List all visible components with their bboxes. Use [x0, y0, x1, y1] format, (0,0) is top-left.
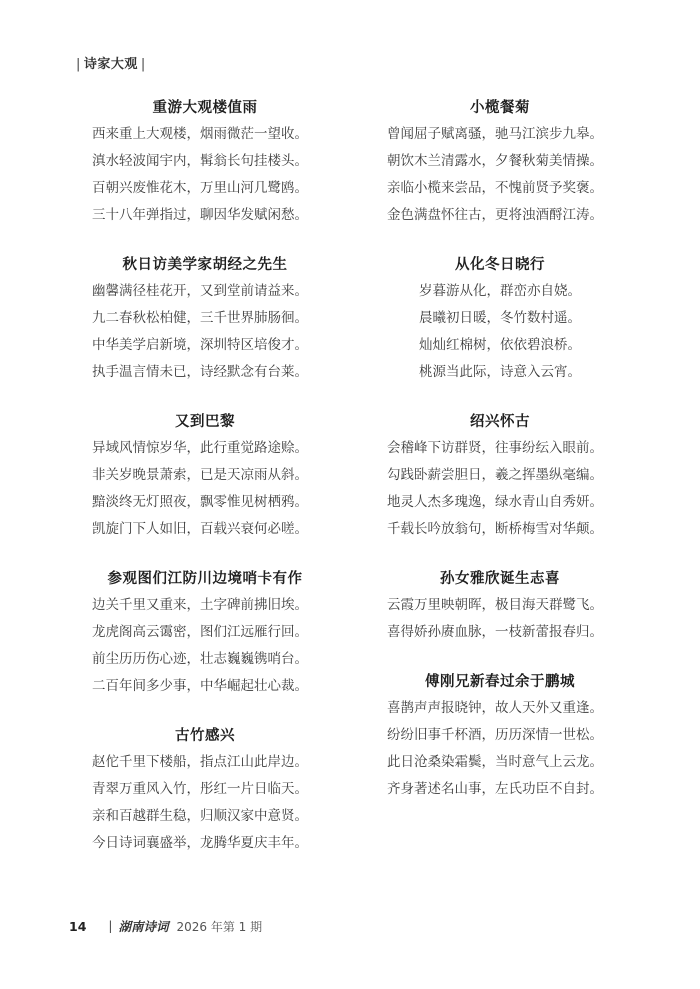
poem-title: 小榄餐菊: [365, 94, 635, 121]
poem-line: 滇水轻波闻宇内，髯翁长句挂楼头。: [70, 148, 340, 175]
poem-title: 傅刚兄新春过余于鹏城: [365, 668, 635, 695]
poem-title: 秋日访美学家胡经之先生: [70, 251, 340, 278]
poem-line: 执手温言情未已，诗经默念有台莱。: [70, 359, 340, 386]
poem: 古竹感兴 赵佗千里下楼船，指点江山此岸边。 青翠万重风入竹，彤红一片日临天。 亲…: [70, 722, 340, 857]
poem: 又到巴黎 异域风情惊岁华，此行重觉路途赊。 非关岁晚景萧索，已是天凉雨从斜。 黯…: [70, 408, 340, 543]
poem-title: 绍兴怀古: [365, 408, 635, 435]
poem-title: 古竹感兴: [70, 722, 340, 749]
poem: 绍兴怀古 会稽峰下访群贤，往事纷纭入眼前。 勾践卧薪尝胆日，羲之挥墨纵毫编。 地…: [365, 408, 635, 543]
poem-line: 龙虎阁高云霭密，图们江远雁行回。: [70, 619, 340, 646]
poem-line: 纷纷旧事千杯酒，历历深情一世松。: [365, 722, 635, 749]
poem: 孙女雅欣诞生志喜 云霞万里映朝晖，极目海天群鹭飞。 喜得娇孙赓血脉，一枝新蕾报春…: [365, 565, 635, 646]
poem-line: 会稽峰下访群贤，往事纷纭入眼前。: [365, 435, 635, 462]
poem-line: 桃源当此际，诗意入云宵。: [365, 359, 635, 386]
poem-line: 晨曦初日暖，冬竹数村遥。: [365, 305, 635, 332]
poem-line: 三十八年弹指过，聊因华发赋闲愁。: [70, 202, 340, 229]
poem-title: 重游大观楼值雨: [70, 94, 340, 121]
journal-name: 湖南诗词: [118, 917, 168, 935]
issue-label: 2026 年第 1 期: [176, 918, 262, 935]
poem: 从化冬日晓行 岁暮游从化，群峦亦自娆。 晨曦初日暖，冬竹数村遥。 灿灿红棉树，依…: [365, 251, 635, 386]
poem-line: 青翠万重风入竹，彤红一片日临天。: [70, 776, 340, 803]
poem-line: 二百年间多少事，中华崛起壮心裁。: [70, 673, 340, 700]
poem-line: 岁暮游从化，群峦亦自娆。: [365, 278, 635, 305]
poem-line: 千载长吟放翁句，断桥梅雪对华颠。: [365, 516, 635, 543]
header-bar-left: |: [76, 57, 81, 72]
poem-line: 金色满盘怀往古，更将浊酒酹江涛。: [365, 202, 635, 229]
poem: 小榄餐菊 曾闻屈子赋离骚，驰马江滨步九皋。 朝饮木兰清露水，夕餐秋菊美情操。 亲…: [365, 94, 635, 229]
poem-line: 今日诗词襄盛举，龙腾华夏庆丰年。: [70, 830, 340, 857]
poem-line: 曾闻屈子赋离骚，驰马江滨步九皋。: [365, 121, 635, 148]
poem-line: 亲和百越群生稳，归顺汉家中意贤。: [70, 803, 340, 830]
poem-line: 喜鹊声声报晓钟，故人天外又重逢。: [365, 695, 635, 722]
page-number: 14: [69, 919, 86, 934]
poem: 秋日访美学家胡经之先生 幽馨满径桂花开，又到堂前请益来。 九二春秋松柏健，三千世…: [70, 251, 340, 386]
poem-line: 灿灿红棉树，依依碧浪桥。: [365, 332, 635, 359]
poem-line: 亲临小榄来尝品，不愧前贤予奖褒。: [365, 175, 635, 202]
poem-line: 西来重上大观楼，烟雨微茫一望收。: [70, 121, 340, 148]
poem-line: 黯淡终无灯照夜，飘零惟见树栖鸦。: [70, 489, 340, 516]
poem-line: 九二春秋松柏健，三千世界肺肠徊。: [70, 305, 340, 332]
poem-line: 勾践卧薪尝胆日，羲之挥墨纵毫编。: [365, 462, 635, 489]
poem-line: 中华美学启新境，深圳特区培俊才。: [70, 332, 340, 359]
poem-line: 非关岁晚景萧索，已是天凉雨从斜。: [70, 462, 340, 489]
poem-line: 前尘历历伤心迹，壮志巍巍镌哨台。: [70, 646, 340, 673]
poem-line: 边关千里又重来，土字碑前拂旧埃。: [70, 592, 340, 619]
poem-line: 赵佗千里下楼船，指点江山此岸边。: [70, 749, 340, 776]
poem-line: 齐身著述名山事，左氏功臣不自封。: [365, 776, 635, 803]
poem-line: 地灵人杰多瑰逸，绿水青山自秀妍。: [365, 489, 635, 516]
page-footer: 14 | 湖南诗词 2026 年第 1 期: [69, 917, 262, 935]
poem-title: 从化冬日晓行: [365, 251, 635, 278]
poem-line: 异域风情惊岁华，此行重觉路途赊。: [70, 435, 340, 462]
poem-line: 朝饮木兰清露水，夕餐秋菊美情操。: [365, 148, 635, 175]
poem: 参观图们江防川边境哨卡有作 边关千里又重来，土字碑前拂旧埃。 龙虎阁高云霭密，图…: [70, 565, 340, 700]
footer-separator: |: [108, 919, 112, 933]
poem-line: 此日沧桑染霜鬓，当时意气上云龙。: [365, 749, 635, 776]
poem-line: 凯旋门下人如旧，百载兴衰何必嗟。: [70, 516, 340, 543]
poem: 重游大观楼值雨 西来重上大观楼，烟雨微茫一望收。 滇水轻波闻宇内，髯翁长句挂楼头…: [70, 94, 340, 229]
section-header: |诗家大观|: [73, 53, 149, 72]
header-bar-right: |: [141, 57, 146, 72]
poem-line: 云霞万里映朝晖，极目海天群鹭飞。: [365, 592, 635, 619]
poem-title: 孙女雅欣诞生志喜: [365, 565, 635, 592]
poem-title: 参观图们江防川边境哨卡有作: [70, 565, 340, 592]
poem-line: 百朝兴废惟花木，万里山河几鹭鸥。: [70, 175, 340, 202]
poem-title: 又到巴黎: [70, 408, 340, 435]
left-column: 重游大观楼值雨 西来重上大观楼，烟雨微茫一望收。 滇水轻波闻宇内，髯翁长句挂楼头…: [70, 94, 340, 879]
right-column: 小榄餐菊 曾闻屈子赋离骚，驰马江滨步九皋。 朝饮木兰清露水，夕餐秋菊美情操。 亲…: [365, 94, 635, 825]
poem-line: 喜得娇孙赓血脉，一枝新蕾报春归。: [365, 619, 635, 646]
poem-line: 幽馨满径桂花开，又到堂前请益来。: [70, 278, 340, 305]
poem: 傅刚兄新春过余于鹏城 喜鹊声声报晓钟，故人天外又重逢。 纷纷旧事千杯酒，历历深情…: [365, 668, 635, 803]
section-title: 诗家大观: [84, 57, 138, 72]
